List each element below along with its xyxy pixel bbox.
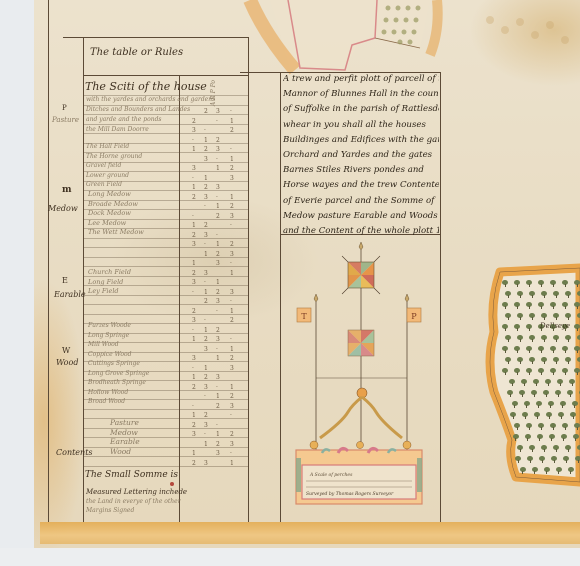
table-number: · <box>204 317 206 324</box>
table-item-label: Ley Field <box>88 287 119 295</box>
table-rule-line <box>84 238 248 239</box>
tree-icon <box>574 302 580 309</box>
table-number: 2 <box>204 298 208 305</box>
tree-icon <box>561 434 567 441</box>
tree-icon <box>513 434 519 441</box>
cartouche-line: Mannor of Blunnes Hall in the countie <box>283 87 439 102</box>
tree-icon <box>529 291 535 298</box>
table-rule-line <box>84 428 248 429</box>
tree-icon <box>573 434 579 441</box>
table-rule-line <box>84 437 248 438</box>
table-item-label: The Wett Medow <box>88 228 144 236</box>
table-number: · <box>230 336 232 343</box>
table-item-label: Long Medow <box>88 190 131 198</box>
table-number: 2 <box>230 393 234 400</box>
cartouche-line: Horse wayes and the trew Contentes <box>283 178 439 193</box>
table-number: 2 <box>204 412 208 419</box>
tree-icon <box>529 357 535 364</box>
surveyor-signature: Surveyed by Thomas Rogers Surveyor <box>306 491 394 497</box>
table-rule-line <box>84 133 248 134</box>
table-rule-line <box>84 314 248 315</box>
footnote-line: Measured Lettering inchede <box>86 488 187 496</box>
table-number: 2 <box>216 213 220 220</box>
tree-icon <box>517 313 523 320</box>
table-number: · <box>230 260 232 267</box>
tree-icon <box>534 412 540 419</box>
tree-icon <box>514 423 520 430</box>
table-number: 3 <box>204 460 208 467</box>
table-item-label: Lower ground <box>86 172 129 179</box>
tree-icon <box>517 335 523 342</box>
table-number: 1 <box>192 184 196 191</box>
table-number: 1 <box>230 346 234 353</box>
table-number: · <box>192 289 194 296</box>
table-item-label: Hollow Wood <box>88 389 128 396</box>
tree-icon <box>512 401 518 408</box>
table-number: · <box>204 127 206 134</box>
table-number: · <box>216 118 218 125</box>
summary-line: The Small Somme is <box>85 470 178 480</box>
table-number: 2 <box>204 184 208 191</box>
table-number: 2 <box>230 127 234 134</box>
table-number: 2 <box>192 194 196 201</box>
table-number: 3 <box>230 441 234 448</box>
tree-icon <box>515 456 521 463</box>
table-item-label: Broad Wood <box>88 398 125 405</box>
table-number: 1 <box>192 412 196 419</box>
table-number: 1 <box>204 175 208 182</box>
table-item-label: The Horne ground <box>86 153 142 160</box>
table-item-label: Long Field <box>88 278 123 286</box>
tree-icon <box>563 456 569 463</box>
tree-icon <box>502 324 508 331</box>
table-item-label: Wood <box>110 447 131 456</box>
table-number: 2 <box>192 460 196 467</box>
table-rule-line <box>84 304 248 305</box>
tree-icon <box>560 401 566 408</box>
tree-icon <box>539 456 545 463</box>
tree-icon <box>570 412 576 419</box>
table-number: 1 <box>204 365 208 372</box>
tree-icon <box>533 379 539 386</box>
tree-icon <box>575 456 580 463</box>
table-header-divider <box>83 75 249 76</box>
table-number: · <box>230 412 232 419</box>
table-number: 1 <box>230 194 234 201</box>
table-number: 2 <box>230 355 234 362</box>
table-number: 3 <box>192 279 196 286</box>
table-number: 3 <box>230 175 234 182</box>
table-rule-line <box>84 114 248 115</box>
table-number: 2 <box>216 137 220 144</box>
table-number: 2 <box>216 403 220 410</box>
table-item-label: Cuttings Springe <box>88 360 140 367</box>
table-number: 1 <box>230 156 234 163</box>
tree-icon <box>565 291 571 298</box>
table-number: 3 <box>216 260 220 267</box>
tree-icon <box>536 401 542 408</box>
top-map-fragment <box>0 0 580 80</box>
tree-icon <box>544 467 550 474</box>
table-number: · <box>230 298 232 305</box>
table-number: 3 <box>216 450 220 457</box>
tree-icon <box>502 368 508 375</box>
table-item-label: Church Field <box>88 268 131 276</box>
table-number: 1 <box>204 251 208 258</box>
outer-border-left <box>48 0 49 522</box>
table-number: 3 <box>230 213 234 220</box>
table-rule-line <box>84 247 248 248</box>
tree-icon <box>526 302 532 309</box>
cartouche-line: Barnes Stiles Rivers pondes and <box>283 163 439 178</box>
table-number: 2 <box>204 108 208 115</box>
table-number: 3 <box>204 232 208 239</box>
tree-icon <box>562 423 568 430</box>
flag-p-label: P <box>411 312 417 321</box>
table-number: 3 <box>204 422 208 429</box>
table-number: 1 <box>204 289 208 296</box>
table-number: 2 <box>192 384 196 391</box>
tree-icon <box>553 335 559 342</box>
tree-icon <box>526 324 532 331</box>
wood-trees <box>488 268 580 480</box>
table-item-label: Lee Medow <box>88 219 126 227</box>
table-number: · <box>204 431 206 438</box>
table-number: · <box>192 137 194 144</box>
table-number: 3 <box>216 108 220 115</box>
table-number: · <box>216 384 218 391</box>
table-number: 2 <box>204 374 208 381</box>
tree-icon <box>505 335 511 342</box>
table-item-label: Long Grove Springe <box>88 370 149 377</box>
table-number: 3 <box>192 317 196 324</box>
tree-icon <box>574 346 580 353</box>
tree-icon <box>502 346 508 353</box>
table-number: 1 <box>216 431 220 438</box>
table-rule-line <box>84 447 248 448</box>
tree-icon <box>538 368 544 375</box>
table-rule-line <box>84 124 248 125</box>
tree-icon <box>502 302 508 309</box>
tree-icon <box>522 412 528 419</box>
table-heading: The table or Rules <box>90 47 183 58</box>
tree-icon <box>565 445 571 452</box>
tree-icon <box>538 302 544 309</box>
category-name-wood: Wood <box>56 358 78 367</box>
table-number: · <box>230 108 232 115</box>
category-name-contents: Contents <box>56 448 93 457</box>
table-number: 1 <box>204 137 208 144</box>
table-number: 1 <box>192 260 196 267</box>
tree-icon <box>550 346 556 353</box>
table-number: · <box>204 241 206 248</box>
tree-icon <box>517 291 523 298</box>
table-number: · <box>216 156 218 163</box>
table-number: 2 <box>192 308 196 315</box>
table-item-label: Medow <box>110 428 138 437</box>
table-number: 3 <box>230 365 234 372</box>
table-number: 1 <box>204 327 208 334</box>
tree-icon <box>565 313 571 320</box>
table-number: 1 <box>230 308 234 315</box>
tree-icon <box>537 434 543 441</box>
footnote-line: the Land in everye of the other <box>86 498 181 505</box>
table-number: · <box>216 194 218 201</box>
table-number: 3 <box>216 298 220 305</box>
table-number: 1 <box>216 355 220 362</box>
tree-icon <box>572 401 578 408</box>
table-number: · <box>192 403 194 410</box>
table-number: 1 <box>216 165 220 172</box>
table-number: · <box>192 327 194 334</box>
table-number: 3 <box>230 403 234 410</box>
table-number: · <box>192 175 194 182</box>
tree-icon <box>538 423 544 430</box>
table-number: · <box>192 213 194 220</box>
table-number: 1 <box>216 279 220 286</box>
tree-icon <box>509 379 515 386</box>
table-number: 3 <box>192 431 196 438</box>
footnote-line: Margins Signed <box>86 507 134 514</box>
table-number: 2 <box>230 165 234 172</box>
table-number: 2 <box>204 222 208 229</box>
table-number: 2 <box>192 270 196 277</box>
table-number: 3 <box>204 384 208 391</box>
tree-icon <box>553 291 559 298</box>
table-number: · <box>204 203 206 210</box>
table-number: · <box>204 279 206 286</box>
tree-icon <box>517 445 523 452</box>
table-number: 1 <box>230 384 234 391</box>
tree-icon <box>525 434 531 441</box>
table-number: · <box>230 146 232 153</box>
tree-icon <box>510 412 516 419</box>
tree-icon <box>521 379 527 386</box>
tree-icon <box>541 313 547 320</box>
cartouche-line: Medow pasture Earable and Woods <box>283 209 439 224</box>
tree-icon <box>553 357 559 364</box>
intro-line: with the yardes and orchards and gardens <box>86 96 215 103</box>
intro-line: Ditches and Bounders and Landes <box>86 106 190 113</box>
category-letter-m: m <box>62 185 72 195</box>
tree-icon <box>526 346 532 353</box>
flag-t-label: T <box>301 312 307 321</box>
tree-icon <box>568 467 574 474</box>
tree-icon <box>550 368 556 375</box>
table-item-label: Gravel field <box>86 162 121 169</box>
category-name-earable: Earable <box>54 290 86 299</box>
table-number: 3 <box>204 194 208 201</box>
cartouche-line: of Everie parcel and the Somme of <box>283 194 439 209</box>
tree-icon <box>553 313 559 320</box>
table-number: 3 <box>216 374 220 381</box>
table-number: · <box>216 346 218 353</box>
table-item-label: The Hall Field <box>86 143 129 150</box>
tree-icon <box>541 335 547 342</box>
table-number: 3 <box>192 127 196 134</box>
table-item-label: Furzes Woode <box>88 322 131 329</box>
tree-icon <box>545 379 551 386</box>
table-number: · <box>192 365 194 372</box>
table-number: 2 <box>230 203 234 210</box>
table-section-title: The Sciti of the house <box>85 80 207 93</box>
table-number: 3 <box>204 346 208 353</box>
center-panel-right <box>440 72 441 522</box>
table-number: 2 <box>192 118 196 125</box>
table-number: 1 <box>192 450 196 457</box>
table-number: 1 <box>230 270 234 277</box>
table-number: 2 <box>230 241 234 248</box>
tree-icon <box>574 368 580 375</box>
table-number: 3 <box>230 289 234 296</box>
table-number: 1 <box>192 336 196 343</box>
cartouche-line: and the Content of the whole plott 1613 <box>283 224 439 239</box>
tree-icon <box>550 280 556 287</box>
tree-icon <box>550 302 556 309</box>
tree-icon <box>574 423 580 430</box>
cartouche-line: whear in you shall all the houses <box>283 118 439 133</box>
tree-icon <box>524 401 530 408</box>
tree-icon <box>565 357 571 364</box>
tree-icon <box>527 456 533 463</box>
category-letter-e: E <box>62 276 68 285</box>
table-rule-line <box>84 466 248 467</box>
table-item-label: Mill Wood <box>88 341 119 348</box>
table-number: 3 <box>204 270 208 277</box>
tree-icon <box>558 412 564 419</box>
tree-icon <box>562 302 568 309</box>
table-number: 3 <box>230 251 234 258</box>
cartouche-line: Orchard and Yardes and the gates <box>283 148 439 163</box>
tree-icon <box>502 280 508 287</box>
table-item-label: Coppice Wood <box>88 351 131 358</box>
table-number: 3 <box>216 184 220 191</box>
table-number: 3 <box>192 241 196 248</box>
table-number: 2 <box>192 422 196 429</box>
tree-icon <box>531 390 537 397</box>
tree-icon <box>548 401 554 408</box>
table-border-right <box>248 37 249 522</box>
table-number: · <box>216 232 218 239</box>
table-number: 3 <box>216 336 220 343</box>
table-number: 2 <box>216 289 220 296</box>
table-number: 2 <box>204 336 208 343</box>
table-number: · <box>216 422 218 429</box>
tree-icon <box>553 445 559 452</box>
ochre-bottom-border <box>40 522 580 544</box>
tree-icon <box>538 346 544 353</box>
tree-icon <box>574 324 580 331</box>
intro-line: and yarde and the ponds <box>86 116 161 123</box>
tree-icon <box>529 445 535 452</box>
table-number: 2 <box>216 327 220 334</box>
table-number: 1 <box>230 118 234 125</box>
tree-icon <box>505 313 511 320</box>
tree-icon <box>546 412 552 419</box>
table-border-top <box>63 37 249 38</box>
table-number: 2 <box>216 441 220 448</box>
table-number: 1 <box>216 203 220 210</box>
tree-icon <box>557 379 563 386</box>
tree-icon <box>505 357 511 364</box>
table-item-label: Pasture <box>110 418 139 427</box>
tree-icon <box>517 357 523 364</box>
scale-of-perches-drawing: T P A Scale of perches Surveyed by Thoma… <box>280 240 440 530</box>
table-rule-line <box>84 418 248 419</box>
tree-icon <box>562 280 568 287</box>
table-rule-line <box>84 257 248 258</box>
intro-line: the Mill Dam Doorre <box>86 126 149 133</box>
table-item-label: Broade Medow <box>88 200 138 208</box>
tree-icon <box>514 368 520 375</box>
tree-icon <box>532 467 538 474</box>
tree-icon <box>565 335 571 342</box>
tree-icon <box>507 390 513 397</box>
tree-icon <box>567 390 573 397</box>
column-headers: A R P Po <box>210 80 217 106</box>
table-number: 3 <box>192 355 196 362</box>
table-number: 2 <box>230 317 234 324</box>
red-seal-dot <box>170 482 174 486</box>
wood-label: Dellseye <box>540 322 570 330</box>
table-item-label: Brodheath Springe <box>88 379 146 386</box>
tree-icon <box>526 368 532 375</box>
table-rule-line <box>84 456 248 457</box>
table-number: · <box>216 308 218 315</box>
table-number: 1 <box>230 460 234 467</box>
cartouche-line: of Suffolke in the parish of Rattlesden <box>283 102 439 117</box>
tree-icon <box>551 456 557 463</box>
table-number: 1 <box>216 393 220 400</box>
tree-icon <box>562 368 568 375</box>
tree-icon <box>514 346 520 353</box>
tree-icon <box>529 313 535 320</box>
tree-icon <box>555 390 561 397</box>
tree-icon <box>543 390 549 397</box>
tree-icon <box>519 390 525 397</box>
category-letter-w: W <box>62 346 70 355</box>
table-number: 1 <box>192 222 196 229</box>
table-rule-line <box>84 409 248 410</box>
table-number: 3 <box>204 156 208 163</box>
table-number: 2 <box>204 146 208 153</box>
table-number: 1 <box>192 146 196 153</box>
tree-icon <box>541 357 547 364</box>
table-number: 3 <box>216 146 220 153</box>
title-cartouche: A trew and perfit plott of parcell of th… <box>283 72 439 239</box>
tree-icon <box>526 280 532 287</box>
tree-icon <box>550 423 556 430</box>
table-number: 3 <box>192 165 196 172</box>
table-item-label: Earable <box>110 437 140 446</box>
tree-icon <box>541 445 547 452</box>
table-number: 1 <box>192 374 196 381</box>
bottom-edge <box>0 548 580 566</box>
table-number: · <box>204 393 206 400</box>
category-letter-p: P <box>62 104 67 112</box>
table-number: 2 <box>216 251 220 258</box>
tree-icon <box>520 467 526 474</box>
table-number: · <box>230 450 232 457</box>
table-rule-line <box>84 266 248 267</box>
cartouche-line: Buildinges and Edifices with the gardens <box>283 133 439 148</box>
table-item-label: Green Field <box>86 181 122 188</box>
tree-icon <box>529 335 535 342</box>
table-item-label: Dock Medow <box>88 209 131 217</box>
table-number: 1 <box>204 441 208 448</box>
category-name-medow: Medow <box>48 204 78 213</box>
table-number: 2 <box>230 431 234 438</box>
